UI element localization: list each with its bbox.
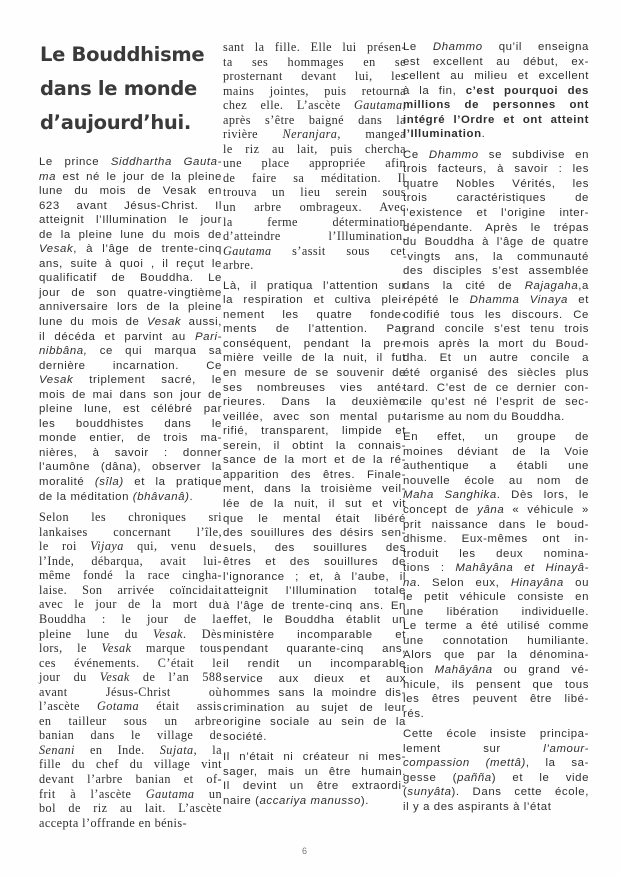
- text-line: Selon les chroniques sri: [39, 510, 222, 525]
- paragraph: Ce Dhammo se subdivise entrois facteurs,…: [403, 148, 589, 424]
- text-line: monde entier, de trois ma-: [39, 431, 222, 446]
- text-line: laise. Son arrivée coïncidait: [39, 583, 222, 598]
- text-line: lune du mois de Vesak aussi,: [39, 315, 222, 330]
- text-line: rieures. Dans la deuxième: [223, 395, 406, 410]
- text-line: Vesak, à l’âge de trente-cinq: [39, 242, 222, 257]
- italic-term: Vesak: [39, 374, 73, 386]
- text-line: rés.: [403, 707, 589, 722]
- italic-term: Gautama: [354, 98, 403, 112]
- text-line: veillée, avec son mental pu-: [223, 410, 406, 425]
- bold-emphasis: l’Illumination: [403, 128, 482, 140]
- text-line: société.: [223, 730, 406, 745]
- text-line: grand concile s’est tenu trois: [403, 322, 589, 337]
- page-number: 6: [302, 846, 307, 856]
- paragraph: Le Dhammo qu’il enseignaest excellent au…: [403, 40, 589, 142]
- text-line: le roi Vijaya qui, venu de: [39, 539, 222, 554]
- text-line: nouvelle école au nom de: [403, 474, 589, 489]
- text-line: Vesak triplement sacré, le: [39, 373, 222, 388]
- text-line: de faire sa méditation. Il: [223, 171, 406, 186]
- text-line: dépendante. Après le trépas: [403, 221, 589, 236]
- text-line: ses nombreuses vies anté-: [223, 381, 406, 396]
- text-line: Bouddha : le jour de la: [39, 612, 222, 627]
- text-line: un arbre ombrageux. Avec: [223, 200, 406, 215]
- text-line: apparition des êtres. Finale-: [223, 468, 406, 483]
- text-line: serein, il obtint la connais-: [223, 439, 406, 454]
- bold-emphasis: c’est pourquoi des: [466, 85, 589, 97]
- text-line: l’existence et l’origine inter-: [403, 206, 589, 221]
- text-line: l’Illumination.: [403, 127, 589, 142]
- italic-term: Rajagaha: [525, 280, 579, 292]
- text-line: prit naissance dans le boud-: [403, 518, 589, 533]
- text-line: Senani en Inde. Sujata, la: [39, 743, 222, 758]
- text-line: authentique a établi une: [403, 459, 589, 474]
- italic-term: Hinayâna: [511, 577, 564, 589]
- text-line: conséquent, pendant la pre-: [223, 337, 406, 352]
- text-line: rivière Neranjara, mangea: [223, 127, 406, 142]
- title-line: d’aujourd’hui.: [40, 106, 220, 140]
- italic-term: ma: [39, 171, 56, 183]
- text-line: une connotation humiliante.: [403, 634, 589, 649]
- text-line: troduit les deux nomina-: [403, 547, 589, 562]
- text-line: suels, des souillures des: [223, 541, 406, 556]
- text-line: millions de personnes ont: [403, 98, 589, 113]
- text-line: chez elle. L’ascète Gautama,: [223, 98, 406, 113]
- text-line: une place appropriée afin: [223, 156, 406, 171]
- text-line: ma est né le jour de la pleine: [39, 170, 222, 185]
- italic-term: pañña: [457, 772, 492, 784]
- text-line: est excellent au début, ex-: [403, 55, 589, 70]
- text-line: Cette école insiste principa-: [403, 727, 589, 742]
- text-column-1: Le prince Siddhartha Gauta-ma est né le …: [39, 155, 222, 836]
- text-line: il rendit un incomparable: [223, 657, 406, 672]
- text-line: tard. C’est de ce dernier con-: [403, 381, 589, 396]
- text-line: origine sociale au sein de la: [223, 715, 406, 730]
- text-line: dha. Et un autre concile a: [403, 351, 589, 366]
- text-line: sance de la mort et de la ré-: [223, 453, 406, 468]
- text-line: même fondé la race cingha-: [39, 568, 222, 583]
- text-line: avant Jésus-Christ où: [39, 685, 222, 700]
- italic-term: sunyâta: [407, 786, 451, 798]
- text-line: moines déviant de la Voie: [403, 445, 589, 460]
- text-line: tarisme au nom du Bouddha.: [403, 410, 589, 425]
- text-line: concept de yâna « véhicule »: [403, 503, 589, 518]
- text-line: quatre Nobles Vérités, les: [403, 177, 589, 192]
- text-line: Gautama s’assit sous cet: [223, 244, 406, 259]
- text-line: l’ascète Gotama était assis: [39, 699, 222, 714]
- text-line: dernière incarnation. Ce: [39, 359, 222, 374]
- text-line: que le mental était libéré: [223, 512, 406, 527]
- text-line: lée de la nuit, il sut et vit: [223, 497, 406, 512]
- text-line: êtres et des souillures de: [223, 555, 406, 570]
- italic-term: Neranjara: [283, 127, 338, 141]
- text-line: moralité (sîla) et la pratique: [39, 475, 222, 490]
- text-line: de la pleine lune du mois de: [39, 228, 222, 243]
- text-line: lankaises concernant l’île,: [39, 525, 222, 540]
- italic-term: Dhamma Vinaya: [470, 294, 568, 306]
- text-line: à la fin, c’est pourquoi des: [403, 84, 589, 99]
- text-line: qualificatif de Bouddha. Le: [39, 271, 222, 286]
- italic-term: l’amour-: [543, 743, 589, 755]
- text-line: lune du mois de Vesak en: [39, 184, 222, 199]
- text-line: trouva un lieu serein sous: [223, 185, 406, 200]
- text-line: pleine lune du Vesak. Dès: [39, 627, 222, 642]
- italic-term: Sujata: [160, 743, 194, 757]
- text-line: tion Mahâyâna ou grand vé-: [403, 663, 589, 678]
- text-line: après s’être baigné dans la: [223, 113, 406, 128]
- text-line: ment, dans la troisième veil-: [223, 482, 406, 497]
- italic-term: (sîla): [95, 476, 124, 488]
- italic-term: Mahâyâna: [435, 664, 493, 676]
- text-line: il y a des aspirants à l’état: [403, 800, 589, 815]
- text-column-3: Le Dhammo qu’il enseignaest excellent au…: [403, 40, 589, 820]
- paragraph: En effet, un groupe demoines déviant de …: [403, 430, 589, 721]
- text-line: gesse (pañña) et le vide: [403, 771, 589, 786]
- italic-term: Maha Sanghika: [403, 489, 497, 501]
- text-line: accepta l’offrande en bénis-: [39, 816, 222, 831]
- paragraph: Le prince Siddhartha Gauta-ma est né le …: [39, 155, 222, 504]
- text-line: anniversaire lors de la pleine: [39, 300, 222, 315]
- text-line: Ce Dhammo se subdivise en: [403, 148, 589, 163]
- text-line: 623 avant Jésus-Christ. Il: [39, 199, 222, 214]
- document-page: Le Bouddhisme dans le monde d’aujourd’hu…: [0, 0, 620, 876]
- italic-term: Gotama: [97, 699, 139, 713]
- text-line: dans la cité de Rajagaha,a: [403, 279, 589, 294]
- text-line: nibbâna, ce qui marqua sa: [39, 344, 222, 359]
- italic-term: nibbâna,: [39, 345, 88, 357]
- text-line: jour du Vesak de l’an 588: [39, 670, 222, 685]
- text-line: Le Dhammo qu’il enseigna: [403, 40, 589, 55]
- bold-emphasis: millions de personnes ont: [403, 99, 589, 111]
- italic-term: Vesak: [147, 316, 181, 328]
- text-line: fille du chef du village vint: [39, 757, 222, 772]
- text-line: de la méditation (bhâvanâ).: [39, 490, 222, 505]
- text-line: rifié, transparent, limpide et: [223, 424, 406, 439]
- text-line: la respiration et cultiva plei-: [223, 293, 406, 308]
- text-line: il décéda et parvint au Pari-: [39, 330, 222, 345]
- text-line: hicule, ils pensent que tous: [403, 678, 589, 693]
- text-line: l’aumône (dâna), observer la: [39, 460, 222, 475]
- text-line: la ferme détermination: [223, 215, 406, 230]
- text-line: une libération individuelle.: [403, 605, 589, 620]
- text-line: Le prince Siddhartha Gauta-: [39, 155, 222, 170]
- text-line: tions : Mahâyâna et Hinayâ-: [403, 561, 589, 576]
- text-line: l’Inde, débarqua, avait lui-: [39, 554, 222, 569]
- text-line: cellent au milieu et excellent: [403, 69, 589, 84]
- text-line: mière veille de la nuit, il fut: [223, 351, 406, 366]
- text-line: mains jointes, puis retourna: [223, 84, 406, 99]
- text-line: Là, il pratiqua l’attention sur: [223, 279, 406, 294]
- text-line: (sunyâta). Dans cette école,: [403, 785, 589, 800]
- text-line: trois facteurs, à savoir : les: [403, 162, 589, 177]
- text-line: -vingts ans, la communauté: [403, 250, 589, 265]
- text-line: sager, mais un être humain.: [223, 765, 406, 780]
- text-line: atteignit l’Illumination le jour: [39, 213, 222, 228]
- text-line: mois après la mort du Boud-: [403, 337, 589, 352]
- text-line: Le terme a été utilisé comme: [403, 619, 589, 634]
- italic-term: compassion (mettâ): [403, 757, 526, 769]
- text-line: crimination au sujet de leur: [223, 701, 406, 716]
- text-line: intégré l’Ordre et ont atteint: [403, 113, 589, 128]
- text-line: ta ses hommages en se: [223, 55, 406, 70]
- text-line: à l’âge de trente-cinq ans. En: [223, 599, 406, 614]
- text-line: naire (accariya manusso).: [223, 794, 406, 809]
- text-line: lors, le Vesak marque tous: [39, 641, 222, 656]
- paragraph: Là, il pratiqua l’attention surla respir…: [223, 279, 406, 745]
- text-line: du Bouddha à l’âge de quatre: [403, 235, 589, 250]
- text-line: des souillures des désirs sen-: [223, 526, 406, 541]
- text-line: frit à l’ascète Gautama un: [39, 787, 222, 802]
- text-line: Alors que par la dénomina-: [403, 648, 589, 663]
- text-line: les bouddhistes dans le: [39, 417, 222, 432]
- text-line: les êtres peuvent être libé-: [403, 692, 589, 707]
- italic-term: Dhammo: [429, 149, 479, 161]
- paragraph: sant la fille. Elle lui présen-ta ses ho…: [223, 40, 406, 273]
- text-line: codifié tous les discours. Ce: [403, 308, 589, 323]
- text-line: jour de son quatre-vingtième: [39, 286, 222, 301]
- italic-term: accariya manusso: [260, 795, 361, 807]
- italic-term: Pari-: [195, 331, 222, 343]
- italic-term: Vesak: [39, 243, 73, 255]
- text-line: arbre.: [223, 258, 406, 273]
- paragraph: Cette école insiste principa-lement sur …: [403, 727, 589, 814]
- title-line: Le Bouddhisme: [40, 38, 220, 72]
- italic-term: na: [403, 577, 417, 589]
- text-line: cile qu’est né l’esprit de sec-: [403, 395, 589, 410]
- text-column-2: sant la fille. Elle lui présen-ta ses ho…: [223, 40, 406, 814]
- text-line: na. Selon eux, Hinayâna ou: [403, 576, 589, 591]
- text-line: des disciples s’est assemblée: [403, 264, 589, 279]
- text-line: ministère incomparable et: [223, 628, 406, 643]
- italic-term: Dhammo: [433, 41, 483, 53]
- italic-term: Siddhartha Gauta-: [111, 156, 222, 168]
- text-line: service aux dieux et aux: [223, 672, 406, 687]
- italic-term: Vijaya: [90, 539, 124, 553]
- text-line: répété le Dhamma Vinaya et: [403, 293, 589, 308]
- paragraph: Selon les chroniques srilankaises concer…: [39, 510, 222, 830]
- italic-term: Mahâyâna et Hinayâ-: [455, 562, 589, 574]
- text-line: pendant quarante-cinq ans,: [223, 642, 406, 657]
- text-line: d’atteindre l’Illumination,: [223, 229, 406, 244]
- text-line: Il devint un être extraordi-: [223, 779, 406, 794]
- text-line: banian dans le village de: [39, 728, 222, 743]
- text-line: lement sur l’amour-: [403, 742, 589, 757]
- title-line: dans le monde: [40, 72, 220, 106]
- text-line: devant l’arbre banian et of-: [39, 772, 222, 787]
- text-line: été organisé des siècles plus: [403, 366, 589, 381]
- text-line: en mesure de se souvenir de: [223, 366, 406, 381]
- italic-term: Vesak: [153, 627, 183, 641]
- italic-term: Vesak: [101, 641, 131, 655]
- text-line: l’ignorance ; et, à l’aube, il: [223, 570, 406, 585]
- text-line: pleine lune, est célébré par: [39, 402, 222, 417]
- text-line: effet, le Bouddha établit un: [223, 613, 406, 628]
- italic-term: Senani: [39, 743, 75, 757]
- text-line: nières, à savoir : donner: [39, 446, 222, 461]
- italic-term: yâna: [477, 504, 504, 516]
- text-line: nement les quatre fonde-: [223, 308, 406, 323]
- text-line: Il n’était ni créateur ni mes-: [223, 750, 406, 765]
- text-line: en tailleur sous un arbre: [39, 714, 222, 729]
- text-line: prosternant devant lui, les: [223, 69, 406, 84]
- text-line: avec le jour de la mort du: [39, 597, 222, 612]
- text-line: le petit véhicule consiste en: [403, 590, 589, 605]
- text-line: atteignit l’Illumination totale: [223, 584, 406, 599]
- text-line: Maha Sanghika. Dès lors, le: [403, 488, 589, 503]
- text-line: dhisme. Eux-mêmes ont in-: [403, 532, 589, 547]
- bold-emphasis: intégré l’Ordre et ont atteint: [403, 114, 589, 126]
- text-line: En effet, un groupe de: [403, 430, 589, 445]
- text-line: ans, suite à quoi , il reçut le: [39, 257, 222, 272]
- text-line: ces événements. C’était le: [39, 656, 222, 671]
- text-line: hommes sans la moindre dis-: [223, 686, 406, 701]
- italic-term: Gautama: [146, 787, 195, 801]
- paragraph: Il n’était ni créateur ni mes-sager, mai…: [223, 750, 406, 808]
- italic-term: Vesak: [100, 670, 130, 684]
- text-line: ments de l’attention. Par: [223, 322, 406, 337]
- text-line: mois de mai dans son jour de: [39, 388, 222, 403]
- text-line: sant la fille. Elle lui présen-: [223, 40, 406, 55]
- text-line: trois caractéristiques de: [403, 191, 589, 206]
- text-line: le riz au lait, puis chercha: [223, 142, 406, 157]
- italic-term: Gautama: [223, 244, 272, 258]
- text-line: bol de riz au lait. L’ascète: [39, 801, 222, 816]
- italic-term: (bhâvanâ): [133, 491, 190, 503]
- article-title: Le Bouddhisme dans le monde d’aujourd’hu…: [40, 38, 220, 140]
- text-line: compassion (mettâ), la sa-: [403, 756, 589, 771]
